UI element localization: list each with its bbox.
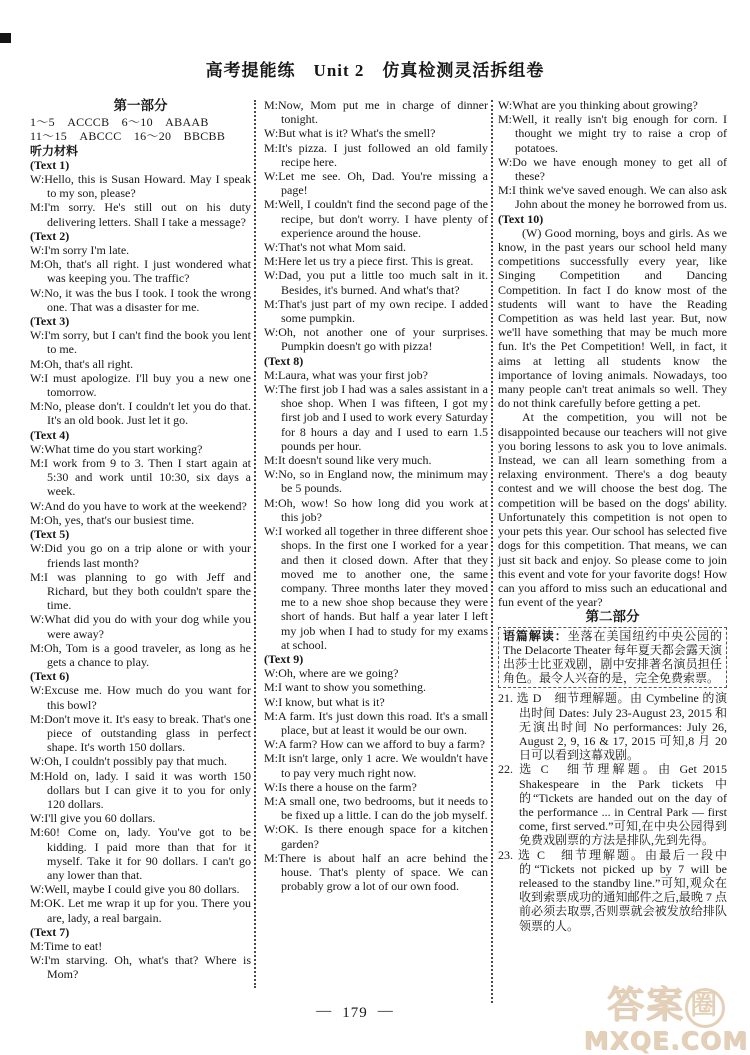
dialog-line: W:I'm starving. Oh, what's that? Where i… — [30, 953, 251, 981]
dialog-line: M:Oh, that's all right. I just wondered … — [30, 257, 251, 285]
dialog-line: W:OK. Is there enough space for a kitche… — [264, 822, 488, 850]
page-number-value: 179 — [342, 1005, 368, 1021]
dialog-line: M:Laura, what was your first job? — [264, 368, 488, 382]
passage-summary-box: 语篇解读：坐落在美国纽约中央公园的 The Delacorte Theater … — [498, 627, 727, 689]
explanation-item: 21. 选 D 细节理解题。由 Cymbeline 的演出时间 Dates: J… — [498, 691, 727, 762]
dialog-line: W:I'm sorry I'm late. — [30, 243, 251, 257]
text-header: (Text 6) — [30, 669, 251, 683]
section-heading: 第二部分 — [498, 610, 727, 624]
watermark-site-url: MXQE.COM — [584, 1028, 748, 1054]
page-number-dash-right: — — [378, 1004, 394, 1018]
dialog-line: M:I work from 9 to 3. Then I start again… — [30, 456, 251, 499]
item-number: 23. — [498, 848, 518, 862]
explanation-item: 22. 选 C 细节理解题。由 Get 2015 Shakespeare in … — [498, 762, 727, 847]
answer-key-line: 11～15 ABCCC 16～20 BBCBB — [30, 129, 251, 143]
dialog-line: M:I want to show you something. — [264, 680, 488, 694]
watermark-brand-text: 答案 — [607, 983, 685, 1026]
explanation-item: 23. 选 C 细节理解题。由最后一段中的“Tickets not picked… — [498, 848, 727, 933]
paragraph: (W) Good morning, boys and girls. As we … — [498, 226, 727, 411]
dialog-line: M:That's just part of my own recipe. I a… — [264, 297, 488, 325]
dialog-line: M:I think we've saved enough. We can als… — [498, 183, 727, 211]
dialog-line: W:I know, but what is it? — [264, 695, 488, 709]
dialog-line: M:There is about half an acre behind the… — [264, 851, 488, 894]
page-title: 高考提能练 Unit 2 仿真检测灵活拆组卷 — [0, 64, 750, 78]
dialog-line: W:But what is it? What's the smell? — [264, 126, 488, 140]
dialog-line: M:Oh, yes, that's our busiest time. — [30, 513, 251, 527]
text-header: (Text 4) — [30, 428, 251, 442]
dialog-line: M:I'm sorry. He's still out on his duty … — [30, 200, 251, 228]
text-header: 听力材料 — [30, 144, 251, 158]
dialog-line: W:What did you do with your dog while yo… — [30, 612, 251, 640]
dialog-line: W:Oh, I couldn't possibly pay that much. — [30, 754, 251, 768]
dialog-line: M:It's pizza. I just followed an old fam… — [264, 141, 488, 169]
dialog-line: W:No, it was the bus I took. I took the … — [30, 286, 251, 314]
answer-key-line: 1～5 ACCCB 6～10 ABAAB — [30, 115, 251, 129]
dialog-line: M:Here let us try a piece first. This is… — [264, 254, 488, 268]
dialog-line: W:Excuse me. How much do you want for th… — [30, 683, 251, 711]
dialog-line: M:It doesn't sound like very much. — [264, 453, 488, 467]
dialog-line: W:Hello, this is Susan Howard. May I spe… — [30, 172, 251, 200]
text-header: (Text 7) — [30, 925, 251, 939]
dialog-line: W:What are you thinking about growing? — [498, 98, 727, 112]
dialog-line: M:I was planning to go with Jeff and Ric… — [30, 570, 251, 613]
column-divider-right — [491, 100, 493, 1003]
dialog-line: M:Hold on, lady. I said it was worth 150… — [30, 769, 251, 812]
dialog-line: W:No, so in England now, the minimum may… — [264, 467, 488, 495]
paragraph: At the competition, you will not be disa… — [498, 410, 727, 609]
column-left: 第一部分1～5 ACCCB 6～10 ABAAB11～15 ABCCC 16～2… — [30, 98, 251, 982]
dialog-line: W:Dad, you put a little too much salt in… — [264, 268, 488, 296]
watermark-brand: 答案圈 — [584, 986, 748, 1028]
site-watermark: 答案圈 MXQE.COM — [584, 986, 748, 1054]
watermark-circle-logo: 圈 — [685, 988, 725, 1028]
dialog-line: W:Did you go on a trip alone or with you… — [30, 541, 251, 569]
item-number: 22. — [498, 762, 519, 776]
print-registration-mark — [0, 33, 11, 43]
dialog-line: M:OK. Let me wrap it up for you. There y… — [30, 896, 251, 924]
text-header: (Text 3) — [30, 314, 251, 328]
column-right: W:What are you thinking about growing?M:… — [498, 98, 727, 933]
answer-key-page: 高考提能练 Unit 2 仿真检测灵活拆组卷 第一部分1～5 ACCCB 6～1… — [0, 0, 750, 1055]
column-divider-left — [254, 100, 256, 988]
dialog-line: M:Oh, that's all right. — [30, 357, 251, 371]
text-header: (Text 8) — [264, 354, 488, 368]
dialog-line: M:A small one, two bedrooms, but it need… — [264, 794, 488, 822]
dialog-line: W:Well, maybe I could give you 80 dollar… — [30, 882, 251, 896]
dialog-line: M:60! Come on, lady. You've got to be ki… — [30, 825, 251, 882]
dialog-line: M:Well, it really isn't big enough for c… — [498, 112, 727, 155]
dialog-line: M:Don't move it. It's easy to break. Tha… — [30, 712, 251, 755]
dialog-line: W:What time do you start working? — [30, 442, 251, 456]
dialog-line: W:I'll give you 60 dollars. — [30, 811, 251, 825]
text-header: (Text 10) — [498, 212, 727, 226]
dialog-line: M:Oh, Tom is a good traveler, as long as… — [30, 641, 251, 669]
dialog-line: W:Oh, where are we going? — [264, 666, 488, 680]
page-number-dash-left: — — [316, 1004, 332, 1018]
text-header: (Text 1) — [30, 158, 251, 172]
item-number: 21. — [498, 691, 517, 705]
column-middle: M:Now, Mom put me in charge of dinner to… — [264, 98, 488, 893]
summary-label: 语篇解读： — [503, 629, 568, 643]
dialog-line: W:And do you have to work at the weekend… — [30, 499, 251, 513]
dialog-line: W:I worked all together in three differe… — [264, 524, 488, 652]
dialog-line: M:Now, Mom put me in charge of dinner to… — [264, 98, 488, 126]
dialog-line: M:A farm. It's just down this road. It's… — [264, 709, 488, 737]
dialog-line: W:Do we have enough money to get all of … — [498, 155, 727, 183]
dialog-line: W:The first job I had was a sales assist… — [264, 382, 488, 453]
dialog-line: W:I'm sorry, but I can't find the book y… — [30, 328, 251, 356]
section-heading: 第一部分 — [30, 99, 251, 113]
dialog-line: W:Let me see. Oh, Dad. You're missing a … — [264, 169, 488, 197]
dialog-line: W:A farm? How can we afford to buy a far… — [264, 737, 488, 751]
text-header: (Text 2) — [30, 229, 251, 243]
text-header: (Text 5) — [30, 527, 251, 541]
dialog-line: W:Oh, not another one of your surprises.… — [264, 325, 488, 353]
dialog-line: M:Oh, wow! So how long did you work at t… — [264, 496, 488, 524]
dialog-line: W:I must apologize. I'll buy you a new o… — [30, 371, 251, 399]
dialog-line: M:Well, I couldn't find the second page … — [264, 197, 488, 240]
dialog-line: M:It isn't large, only 1 acre. We wouldn… — [264, 751, 488, 779]
dialog-line: W:That's not what Mom said. — [264, 240, 488, 254]
dialog-line: M:No, please don't. I couldn't let you d… — [30, 399, 251, 427]
dialog-line: M:Time to eat! — [30, 939, 251, 953]
dialog-line: W:Is there a house on the farm? — [264, 780, 488, 794]
text-header: (Text 9) — [264, 652, 488, 666]
